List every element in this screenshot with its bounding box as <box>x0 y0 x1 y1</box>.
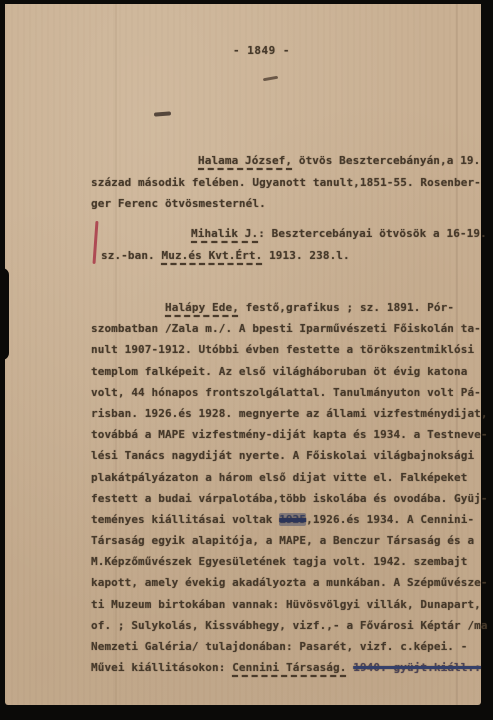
text-segment: teményes kiállitásai voltak <box>91 513 279 526</box>
text-segment: lési Tanács nagydiját nyerte. A Főiskola… <box>91 449 474 462</box>
text-segment: Nemzeti Galéria/ tulajdonában: Pasarét, … <box>91 640 467 653</box>
text-segment: sz.-ban. <box>101 249 162 262</box>
text-segment: festett a budai várpalotába,több iskoláb… <box>91 492 488 505</box>
text-segment: század második felében. Ugyanott tanult,… <box>91 176 481 189</box>
text-line: risban. 1926.és 1928. megnyerte az állam… <box>91 403 488 424</box>
text-segment: nult 1907-1912. Utóbbi évben festette a … <box>91 343 474 356</box>
underlined-journal: Muz.és Kvt.Ért. <box>162 249 263 262</box>
text-segment: M.Képzőművészek Egyesületének tagja volt… <box>91 555 467 568</box>
scan-edge-shadow <box>0 268 9 360</box>
text-line: plakátpályázaton a három első dijat vitt… <box>91 467 488 488</box>
text-segment: kapott, amely évekig akadályozta a munká… <box>91 576 488 589</box>
page-number: - 1849 - <box>233 44 290 57</box>
paragraph-mihalik-reference: Mihalik J.: Besztercebányai ötvösök a 16… <box>91 223 487 267</box>
text-line: lési Tanács nagydiját nyerte. A Főiskola… <box>91 445 488 466</box>
text-line: ti Muzeum birtokában vannak: Hüvösvölgyi… <box>91 594 488 615</box>
text-line: M.Képzőművészek Egyesületének tagja volt… <box>91 551 488 572</box>
text-segment: Művei kiállitásokon: <box>91 661 232 674</box>
text-segment: szombatban /Zala m./. A bpesti Iparművés… <box>91 322 481 335</box>
text-segment: templom falképeit. Az első világháboruba… <box>91 365 467 378</box>
ink-smudge-mark <box>263 76 278 82</box>
paragraph-halama-entry: Halama József, ötvös Besztercebányán,a 1… <box>91 150 481 215</box>
underlined-society: Cennini Társaság. <box>232 661 346 674</box>
text-segment: továbbá a MAPE vizfestmény-diját kapta é… <box>91 428 488 441</box>
text-line: Mihalik J.: Besztercebányai ötvösök a 16… <box>91 223 487 245</box>
text-line: század második felében. Ugyanott tanult,… <box>91 172 481 194</box>
text-line: továbbá a MAPE vizfestmény-diját kapta é… <box>91 424 488 445</box>
text-line: ger Ferenc ötvösmesternél. <box>91 193 481 215</box>
text-segment: ti Muzeum birtokában vannak: Hüvösvölgyi… <box>91 598 481 611</box>
text-line: sz.-ban. Muz.és Kvt.Ért. 1913. 238.l. <box>91 245 487 267</box>
pen-struck-text: 1940. gyüjt.kiáll.: <box>353 661 481 674</box>
text-segment: of. ; Sulykolás, Kissvábhegy, vizf.,- a … <box>91 619 488 632</box>
scanned-paper-sheet: - 1849 - Halama József, ötvös Beszterceb… <box>5 4 481 705</box>
underlined-name: Mihalik J. <box>191 227 258 240</box>
underlined-name: Halápy Ede, <box>165 301 239 314</box>
text-line: Művei kiállitásokon: Cennini Társaság. 1… <box>91 657 488 678</box>
text-segment: ötvös Besztercebányán,a 19. <box>292 154 480 167</box>
obliterated-year: 1925 <box>279 513 306 526</box>
text-segment: volt, 44 hónapos frontszolgálattal. Tanu… <box>91 386 481 399</box>
text-segment: 1913. 238.l. <box>262 249 349 262</box>
text-segment: risban. 1926.és 1928. megnyerte az állam… <box>91 407 488 420</box>
text-line: nult 1907-1912. Utóbbi évben festette a … <box>91 339 488 360</box>
text-line: volt, 44 hónapos frontszolgálattal. Tanu… <box>91 382 488 403</box>
text-line: teményes kiállitásai voltak 1925,1926.és… <box>91 509 488 530</box>
text-line: Halápy Ede, festő,grafikus ; sz. 1891. P… <box>91 297 488 318</box>
text-segment: ger Ferenc ötvösmesternél. <box>91 197 266 210</box>
text-line: kapott, amely évekig akadályozta a munká… <box>91 572 488 593</box>
text-segment: plakátpályázaton a három első dijat vitt… <box>91 471 467 484</box>
text-segment: : Besztercebányai ötvösök a 16-19. <box>258 227 487 240</box>
text-line: of. ; Sulykolás, Kissvábhegy, vizf.,- a … <box>91 615 488 636</box>
text-line: Társaság egyik alapitója, a MAPE, a Benc… <box>91 530 488 551</box>
text-line: festett a budai várpalotába,több iskoláb… <box>91 488 488 509</box>
text-line: szombatban /Zala m./. A bpesti Iparművés… <box>91 318 488 339</box>
text-segment: ,1926.és 1934. A Cennini- <box>306 513 474 526</box>
paragraph-halapy-entry: Halápy Ede, festő,grafikus ; sz. 1891. P… <box>91 297 488 678</box>
text-segment: Társaság egyik alapitója, a MAPE, a Benc… <box>91 534 474 547</box>
text-line: Nemzeti Galéria/ tulajdonában: Pasarét, … <box>91 636 488 657</box>
text-segment: festő,grafikus ; sz. 1891. Pór- <box>239 301 454 314</box>
ink-smudge-mark <box>154 111 171 116</box>
text-line: templom falképeit. Az első világháboruba… <box>91 361 488 382</box>
underlined-name: Halama József, <box>198 154 292 167</box>
text-line: Halama József, ötvös Besztercebányán,a 1… <box>91 150 481 172</box>
